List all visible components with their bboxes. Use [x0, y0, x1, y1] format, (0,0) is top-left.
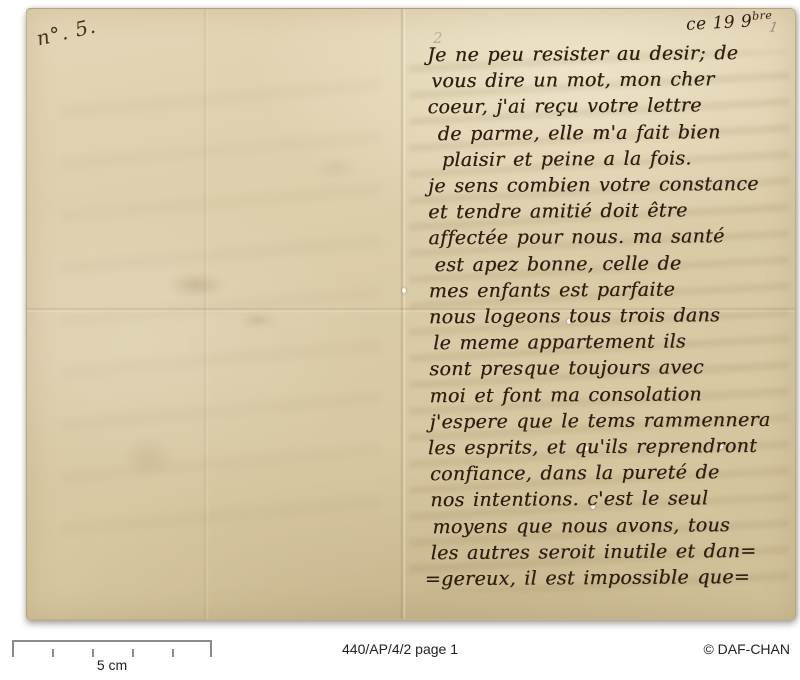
letter-line: moi et font ma consolation — [429, 380, 795, 409]
vertical-fold-crease-left — [203, 9, 209, 619]
letter-line: nos intentions. c'est le seul — [430, 485, 796, 514]
letter-line: le meme appartement ils — [433, 328, 795, 357]
paper-stain — [167, 272, 227, 298]
letter-line: de parme, elle m'a fait bien — [438, 118, 794, 147]
letter-line: nous logeons tous trois dans — [429, 302, 795, 331]
letter-line: et tendre amitié doit être — [428, 197, 794, 226]
letter-line: plaisir et peine a la fois. — [442, 145, 794, 174]
date-superscript: bre — [752, 9, 773, 23]
letter-line: sont presque toujours avec — [429, 354, 795, 383]
letter-line: =gereux, il est impossible que= — [425, 564, 797, 593]
letter-line: Je ne peu resister au desir; de — [427, 40, 793, 69]
letter-line: vous dire un mot, mon cher — [431, 66, 793, 95]
paper-stain — [122, 437, 174, 477]
letter-line: est apez bonne, celle de — [435, 249, 795, 278]
scale-label: 5 cm — [12, 657, 212, 673]
paper-hole — [402, 288, 406, 293]
letter-line: les esprits, et qu'ils reprendront — [428, 433, 796, 462]
letter-sheet: n°. 5. 2 1 ce 19 9bre Je ne peu resister… — [26, 8, 796, 620]
paper-stain — [240, 312, 276, 328]
vertical-fold-crease — [400, 9, 406, 619]
letter-body: Je ne peu resister au desir; de vous dir… — [427, 40, 797, 593]
reference-caption: 440/AP/4/2 page 1 — [0, 641, 800, 657]
letter-line: j'espere que le tems rammennera — [430, 407, 796, 436]
archival-number-note: n°. 5. — [34, 13, 99, 50]
letter-line: affectée pour nous. ma santé — [428, 223, 794, 252]
date-heading: ce 19 9bre — [686, 9, 774, 35]
letter-line: moyens que nous avons, tous — [432, 511, 796, 540]
letter-line: je sens combien votre constance — [428, 171, 794, 200]
paper-stain — [315, 157, 357, 179]
letter-line: mes enfants est parfaite — [429, 276, 795, 305]
copyright-notice: © DAF-CHAN — [703, 641, 790, 657]
letter-line: coeur, j'ai reçu votre lettre — [427, 92, 793, 121]
letter-line: les autres seroit inutile et dan= — [431, 538, 797, 567]
scan-background: n°. 5. 2 1 ce 19 9bre Je ne peu resister… — [0, 0, 800, 680]
letter-line: confiance, dans la pureté de — [430, 459, 796, 488]
ink-showthrough-left — [61, 79, 381, 549]
date-text: ce 19 9 — [686, 11, 753, 34]
